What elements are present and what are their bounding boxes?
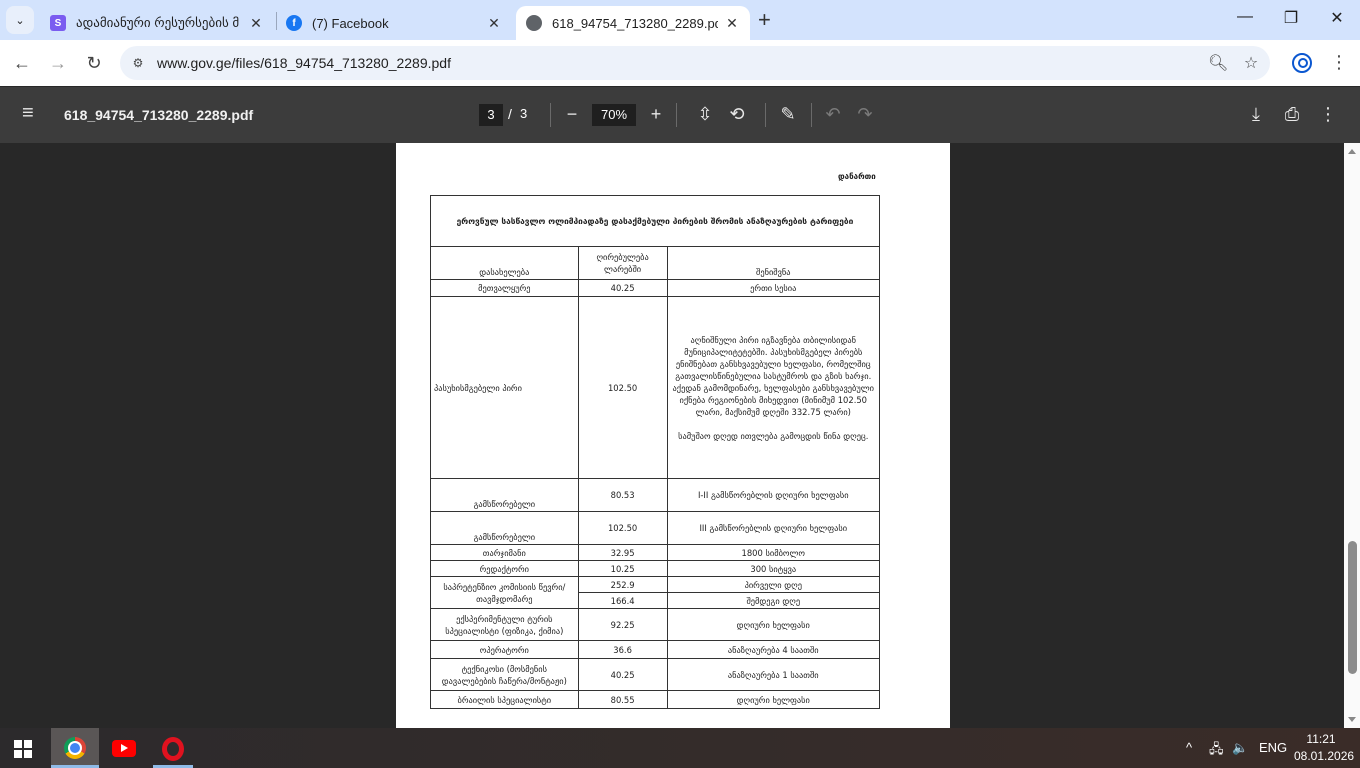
taskbar-chrome[interactable] [51,728,99,768]
table-row: რედაქტორი 10.25 300 სიტყვა [431,561,880,577]
s-app-icon: S [50,15,66,31]
pdf-toolbar: ≡ 618_94754_713280_2289.pdf 3 / 3 − 70% … [0,87,1360,143]
row-value: 102.50 [578,512,667,545]
chrome-icon [64,737,86,759]
row-value: 36.6 [578,641,667,659]
row-note: ანაზღაურება 4 საათში [667,641,879,659]
clock[interactable]: 11:21 08.01.2026 [1294,731,1348,765]
page-number-input[interactable]: 3 [479,104,503,126]
row-name: მეთვალყურე [431,280,579,297]
row-value: 92.25 [578,609,667,641]
taskbar-youtube[interactable] [100,728,148,768]
profile-avatar-icon[interactable] [1292,53,1312,73]
taskbar-opera[interactable] [149,728,197,768]
row-name: რედაქტორი [431,561,579,577]
row-name: ბრაილის სპეციალისტი [431,691,579,709]
row-value: 10.25 [578,561,667,577]
fit-page-icon[interactable]: ⇳ [694,102,716,126]
scroll-up-arrow-icon[interactable] [1348,149,1356,154]
pdf-file-name: 618_94754_713280_2289.pdf [64,107,253,123]
tab-search-button[interactable]: ⌄ [6,6,34,34]
undo-icon[interactable]: ↶ [822,102,844,126]
table-row: თარჯიმანი 32.95 1800 სიმბოლო [431,545,880,561]
row-note: შემდეგი დღე [667,593,879,609]
row-name: გამსწორებელი [431,512,579,545]
tab-hr[interactable]: S ადამიანური რესურსების მ ✕ [40,6,274,40]
site-settings-icon[interactable]: ⚙ [128,53,148,73]
row-note: I-II გამსწორებლის დღიური ხელფასი [667,479,879,512]
zoom-out-button[interactable]: − [561,102,583,126]
row-note: დღიური ხელფასი [667,609,879,641]
row-name: თარჯიმანი [431,545,579,561]
row-value: 40.25 [578,659,667,691]
toolbar-divider [811,103,812,127]
row-note: დღიური ხელფასი [667,691,879,709]
row-name: ექსპერიმენტული ტურის სპეციალისტი (ფიზიკა… [431,609,579,641]
toolbar-divider [765,103,766,127]
header-value: ღირებულება ლარებში [578,247,667,280]
tab-pdf[interactable]: 618_94754_713280_2289.pdf ✕ [516,6,750,40]
taskbar: ^ 🖧 🔈 ENG 11:21 08.01.2026 [0,728,1360,768]
tray-chevron-icon[interactable]: ^ [1186,740,1192,755]
close-icon[interactable]: ✕ [724,15,740,32]
clock-time: 11:21 [1294,731,1348,748]
pdf-viewport[interactable]: დანართი ეროვნულ სასწავლო ოლიმპიადაზე დას… [0,143,1344,728]
window-close-button[interactable]: ✕ [1327,8,1347,28]
restore-button[interactable]: ❐ [1281,8,1301,28]
back-button[interactable]: ← [11,52,33,74]
row-note-text: აღნიშნული პირი იგზავნება თბილისიდან მუნი… [671,334,876,418]
table-row: ტექნიკოსი (მოსმენის დავალებების ჩაწერა/მ… [431,659,880,691]
annotate-icon[interactable]: ✎ [777,102,799,126]
table-row: საპრეტენზიო კომისიის წევრი/თავმჯდომარე 2… [431,577,880,593]
table-row: პასუხისმგებელი პირი 102.50 აღნიშნული პირ… [431,297,880,479]
row-note-extra: სამუშაო დღედ ითვლება გამოცდის წინა დღეც. [671,430,876,442]
reload-button[interactable]: ↻ [83,52,105,74]
zoom-icon[interactable]: 🔍︎ [1208,53,1228,73]
row-value: 102.50 [578,297,667,479]
pdf-page: დანართი ეროვნულ სასწავლო ოლიმპიადაზე დას… [396,143,950,728]
zoom-in-button[interactable]: + [645,102,667,126]
row-value: 80.53 [578,479,667,512]
annex-label: დანართი [838,172,876,181]
toolbar-divider [550,103,551,127]
close-icon[interactable]: ✕ [248,15,264,32]
table-row: მეთვალყურე 40.25 ერთი სესია [431,280,880,297]
row-note: აღნიშნული პირი იგზავნება თბილისიდან მუნი… [667,297,879,479]
tariff-table: დასახელება ღირებულება ლარებში შენიშვნა მ… [430,246,880,709]
toolbar-divider [676,103,677,127]
print-icon[interactable]: ⎙ [1281,102,1303,126]
row-note: პირველი დღე [667,577,879,593]
row-value: 166.4 [578,593,667,609]
clock-date: 08.01.2026 [1294,748,1348,765]
rotate-icon[interactable]: ⟲ [726,102,748,126]
sidebar-menu-icon[interactable]: ≡ [22,102,34,125]
table-row: გამსწორებელი 102.50 III გამსწორებლის დღი… [431,512,880,545]
table-title: ეროვნულ სასწავლო ოლიმპიადაზე დასაქმებული… [430,195,880,247]
scroll-down-arrow-icon[interactable] [1348,717,1356,722]
new-tab-button[interactable]: + [758,8,771,32]
total-pages: 3 [520,106,527,121]
bookmark-star-icon[interactable]: ☆ [1241,53,1261,73]
vertical-scrollbar[interactable] [1344,143,1360,728]
address-bar[interactable]: ⚙ www.gov.ge/files/618_94754_713280_2289… [120,46,1270,80]
youtube-icon [112,740,136,757]
row-value: 252.9 [578,577,667,593]
table-row: ოპერატორი 36.6 ანაზღაურება 4 საათში [431,641,880,659]
download-icon[interactable]: ⤓ [1245,102,1267,126]
table-row: გამსწორებელი 80.53 I-II გამსწორებლის დღი… [431,479,880,512]
page-separator: / [508,106,512,122]
row-value: 40.25 [578,280,667,297]
row-note: ერთი სესია [667,280,879,297]
scrollbar-thumb[interactable] [1348,541,1357,674]
chevron-down-icon: ⌄ [15,14,24,27]
row-note: ანაზღაურება 1 საათში [667,659,879,691]
row-note: 1800 სიმბოლო [667,545,879,561]
browser-menu-icon[interactable]: ⋮ [1330,52,1348,73]
opera-icon [162,737,184,761]
row-name: საპრეტენზიო კომისიის წევრი/თავმჯდომარე [431,577,579,609]
header-note: შენიშვნა [667,247,879,280]
redo-icon[interactable]: ↷ [854,102,876,126]
table-row: ექსპერიმენტული ტურის სპეციალისტი (ფიზიკა… [431,609,880,641]
row-note: III გამსწორებლის დღიური ხელფასი [667,512,879,545]
network-icon[interactable]: 🖧 [1209,740,1224,762]
row-value: 32.95 [578,545,667,561]
forward-button[interactable]: → [47,52,69,74]
volume-icon[interactable]: 🔈 [1232,740,1248,756]
table-row: ბრაილის სპეციალისტი 80.55 დღიური ხელფასი [431,691,880,709]
zoom-level-input[interactable]: 70% [592,104,636,126]
header-name: დასახელება [431,247,579,280]
table-header-row: დასახელება ღირებულება ლარებში შენიშვნა [431,247,880,280]
tab-title: (7) Facebook [312,16,480,31]
globe-icon [526,15,542,31]
row-name: გამსწორებელი [431,479,579,512]
tab-facebook[interactable]: f (7) Facebook ✕ [276,6,512,40]
close-icon[interactable]: ✕ [486,15,502,32]
row-name: პასუხისმგებელი პირი [431,297,579,479]
row-name: ოპერატორი [431,641,579,659]
url-text[interactable]: www.gov.ge/files/618_94754_713280_2289.p… [157,55,451,71]
minimize-button[interactable]: — [1235,8,1255,26]
row-name: ტექნიკოსი (მოსმენის დავალებების ჩაწერა/მ… [431,659,579,691]
tab-strip: ⌄ S ადამიანური რესურსების მ ✕ f (7) Face… [0,0,1360,40]
facebook-icon: f [286,15,302,31]
row-value: 80.55 [578,691,667,709]
language-indicator[interactable]: ENG [1259,740,1287,755]
tab-title: 618_94754_713280_2289.pdf [552,16,718,31]
more-actions-icon[interactable]: ⋮ [1317,102,1339,126]
windows-start-icon[interactable] [14,740,32,758]
row-note: 300 სიტყვა [667,561,879,577]
browser-toolbar: ← → ↻ ⚙ www.gov.ge/files/618_94754_71328… [0,40,1360,86]
tab-title: ადამიანური რესურსების მ [76,15,242,31]
